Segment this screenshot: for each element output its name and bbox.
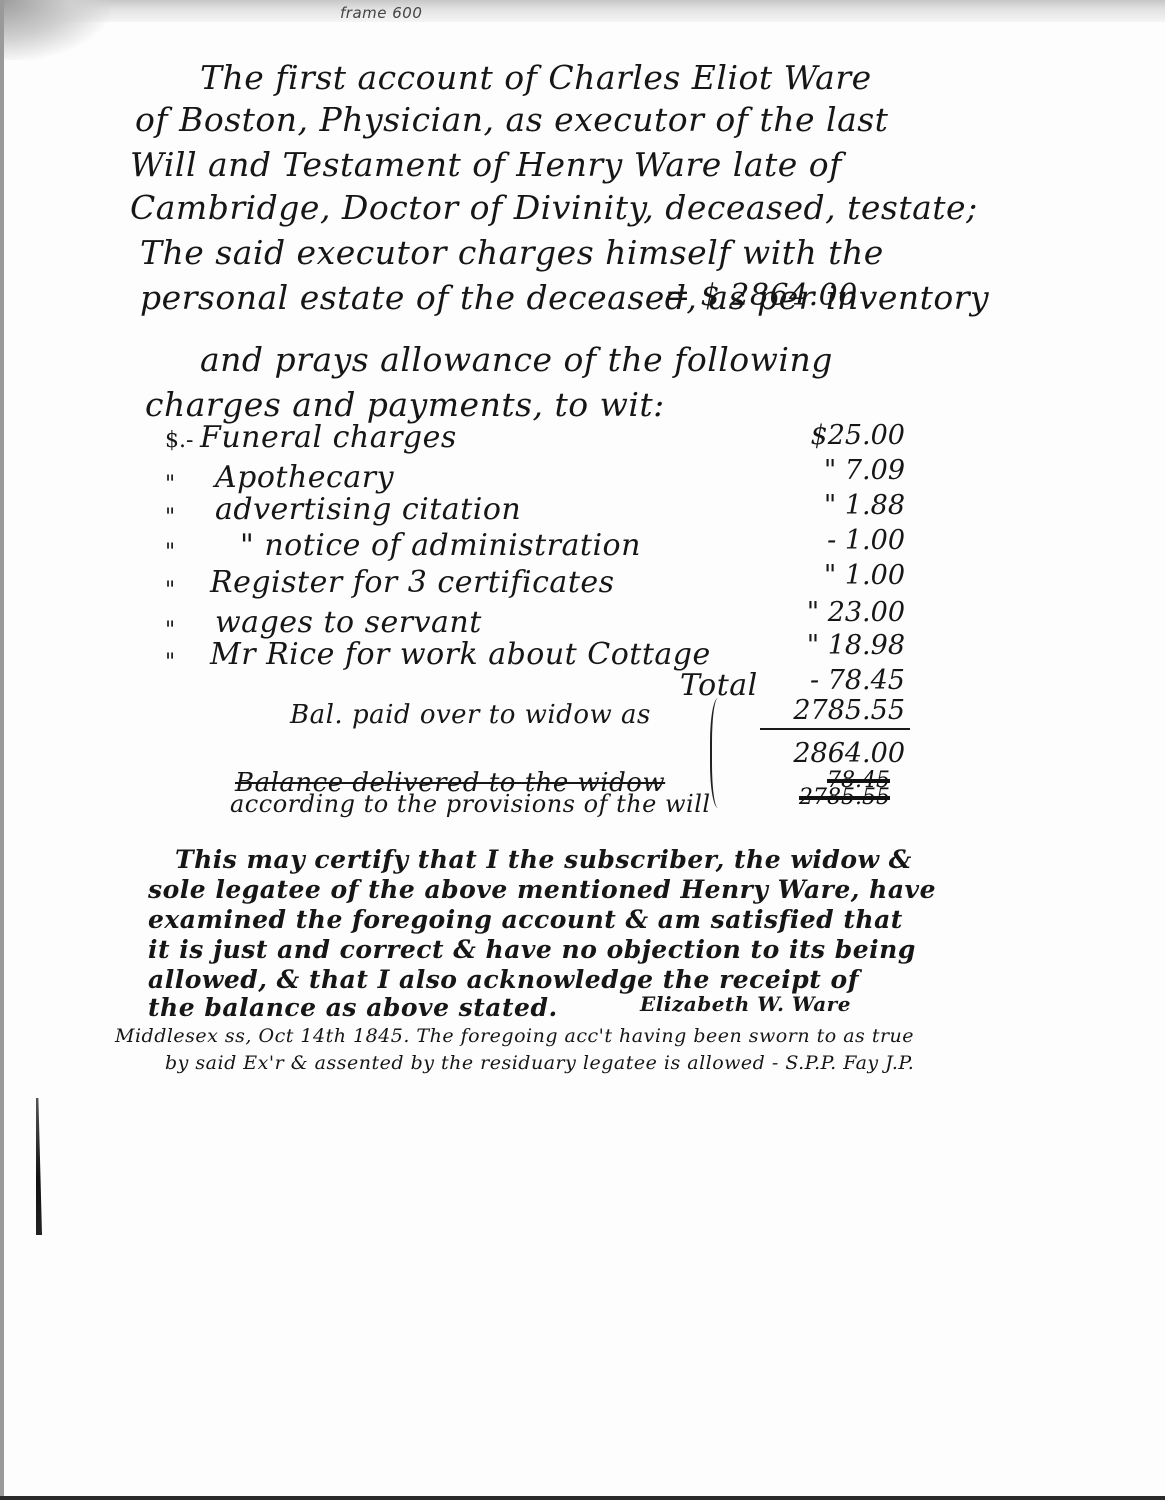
charge-prefix: " — [165, 578, 175, 603]
charge-amount: " 1.00 — [755, 560, 905, 591]
charge-prefix: " — [165, 472, 175, 497]
charge-label: advertising citation — [215, 492, 521, 527]
heading-line: Will and Testament of Henry Ware late of — [130, 145, 842, 184]
certification-line: This may certify that I the subscriber, … — [175, 845, 912, 874]
inventory-total: = $ 2864.00 — [665, 278, 858, 313]
certification-line: allowed, & that I also acknowledge the r… — [148, 965, 859, 994]
sum-rule — [760, 728, 910, 730]
frame-note: frame 600 — [340, 4, 422, 22]
heading-line: Cambridge, Doctor of Divinity, deceased,… — [130, 188, 978, 227]
heading-line: of Boston, Physician, as executor of the… — [135, 100, 888, 139]
charge-label: wages to servant — [215, 605, 482, 640]
struck-amount: 2785.55 — [740, 785, 890, 810]
charge-amount: - 1.00 — [755, 525, 905, 556]
charge-label: Register for 3 certificates — [210, 565, 615, 600]
charge-label: Funeral charges — [200, 420, 457, 455]
certification-line: the balance as above stated. — [148, 993, 558, 1022]
charge-prefix: " — [165, 650, 175, 675]
balance-label: Bal. paid over to widow as — [290, 700, 651, 730]
provision-label: according to the provisions of the will — [230, 790, 711, 818]
scan-edge-left — [0, 0, 4, 1500]
prayer-line: and prays allowance of the following — [200, 340, 833, 379]
heading-line: The said executor charges himself with t… — [140, 233, 884, 272]
balance-amount: 2785.55 — [755, 695, 905, 726]
charge-prefix: $.- — [165, 428, 193, 453]
charge-label: Apothecary — [215, 460, 394, 495]
scan-edge-bottom — [0, 1496, 1165, 1500]
probate-line: Middlesex ss, Oct 14th 1845. The foregoi… — [115, 1025, 914, 1047]
probate-line: by said Ex'r & assented by the residuary… — [165, 1052, 914, 1074]
certification-line: it is just and correct & have no objecti… — [148, 935, 916, 964]
charge-label: " notice of administration — [240, 528, 641, 563]
scan-edge-top — [0, 0, 1165, 22]
margin-ink-mark — [36, 1098, 42, 1235]
heading-line: personal estate of the deceased, as per … — [140, 278, 989, 317]
charge-prefix: " — [165, 540, 175, 565]
prayer-line: charges and payments, to wit: — [145, 385, 665, 424]
charge-amount: " 18.98 — [755, 630, 905, 661]
charge-label: Mr Rice for work about Cottage — [210, 637, 711, 672]
charge-amount: " 1.88 — [755, 490, 905, 521]
charge-amount: $25.00 — [755, 420, 905, 451]
charge-amount: " 7.09 — [755, 455, 905, 486]
signature: Elizabeth W. Ware — [640, 992, 851, 1016]
charge-prefix: " — [165, 618, 175, 643]
charge-prefix: " — [165, 505, 175, 530]
certification-line: examined the foregoing account & am sati… — [148, 905, 903, 934]
check-sum-amount: 2864.00 — [755, 738, 905, 769]
total-amount: - 78.45 — [755, 665, 905, 696]
heading-line: The first account of Charles Eliot Ware — [200, 58, 872, 97]
scan-corner-shadow — [0, 0, 110, 60]
brace — [710, 698, 730, 808]
certification-line: sole legatee of the above mentioned Henr… — [148, 875, 936, 904]
charge-amount: " 23.00 — [755, 597, 905, 628]
